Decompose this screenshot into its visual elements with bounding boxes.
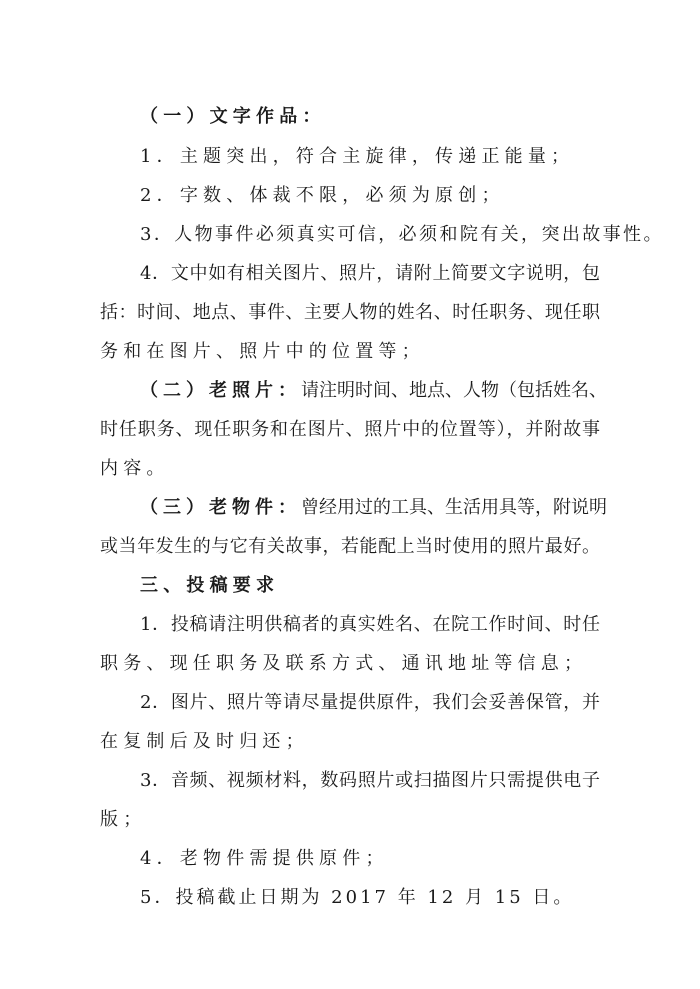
document-page: （一）文字作品： 1．主题突出，符合主旋律，传递正能量； 2．字数、体裁不限，必…	[0, 0, 700, 989]
photos-paragraph-line-1: （二）老照片： 请注明时间、地点、人物（包括姓名、	[140, 379, 600, 403]
objects-paragraph-line-1: （三）老物件： 曾经用过的工具、生活用具等，附说明	[140, 496, 600, 520]
text-works-item-4-line-1: 4．文中如有相关图片、照片，请附上简要文字说明，包	[140, 262, 600, 286]
text-works-item-2: 2．字数、体裁不限，必须为原创；	[140, 184, 600, 208]
photos-text-line-1: 请注明时间、地点、人物（包括姓名、	[301, 379, 607, 403]
submission-item-3-line-2: 版；	[100, 808, 600, 832]
photos-text-line-3: 内容。	[100, 457, 600, 481]
submission-item-4: 4．老物件需提供原件；	[140, 847, 600, 871]
section-heading-text-works: （一）文字作品：	[140, 105, 600, 129]
section-heading-submission: 三、投稿要求	[140, 574, 600, 598]
submission-item-1-line-2: 职务、现任职务及联系方式、通讯地址等信息；	[100, 652, 600, 676]
text-works-item-4-line-2: 括：时间、地点、事件、主要人物的姓名、时任职务、现任职	[100, 301, 600, 325]
section-heading-old-photos: （二）老照片：	[140, 379, 301, 403]
text-works-item-4-line-3: 务和在图片、照片中的位置等；	[100, 340, 600, 364]
text-works-item-3: 3．人物事件必须真实可信，必须和院有关，突出故事性。	[140, 223, 600, 247]
submission-item-1-line-1: 1．投稿请注明供稿者的真实姓名、在院工作时间、时任	[140, 613, 600, 637]
submission-item-3-line-1: 3．音频、视频材料，数码照片或扫描图片只需提供电子	[140, 769, 600, 793]
photos-text-line-2: 时任职务、现任职务和在图片、照片中的位置等），并附故事	[100, 418, 600, 442]
section-heading-old-objects: （三）老物件：	[140, 496, 301, 520]
objects-text-line-2: 或当年发生的与它有关故事，若能配上当时使用的照片最好。	[100, 535, 600, 559]
objects-text-line-1: 曾经用过的工具、生活用具等，附说明	[301, 496, 607, 520]
text-works-item-1: 1．主题突出，符合主旋律，传递正能量；	[140, 145, 600, 169]
submission-item-5-deadline: 5．投稿截止日期为 2017 年 12 月 15 日。	[140, 886, 600, 910]
submission-item-2-line-1: 2．图片、照片等请尽量提供原件，我们会妥善保管，并	[140, 691, 600, 715]
submission-item-2-line-2: 在复制后及时归还；	[100, 730, 600, 754]
